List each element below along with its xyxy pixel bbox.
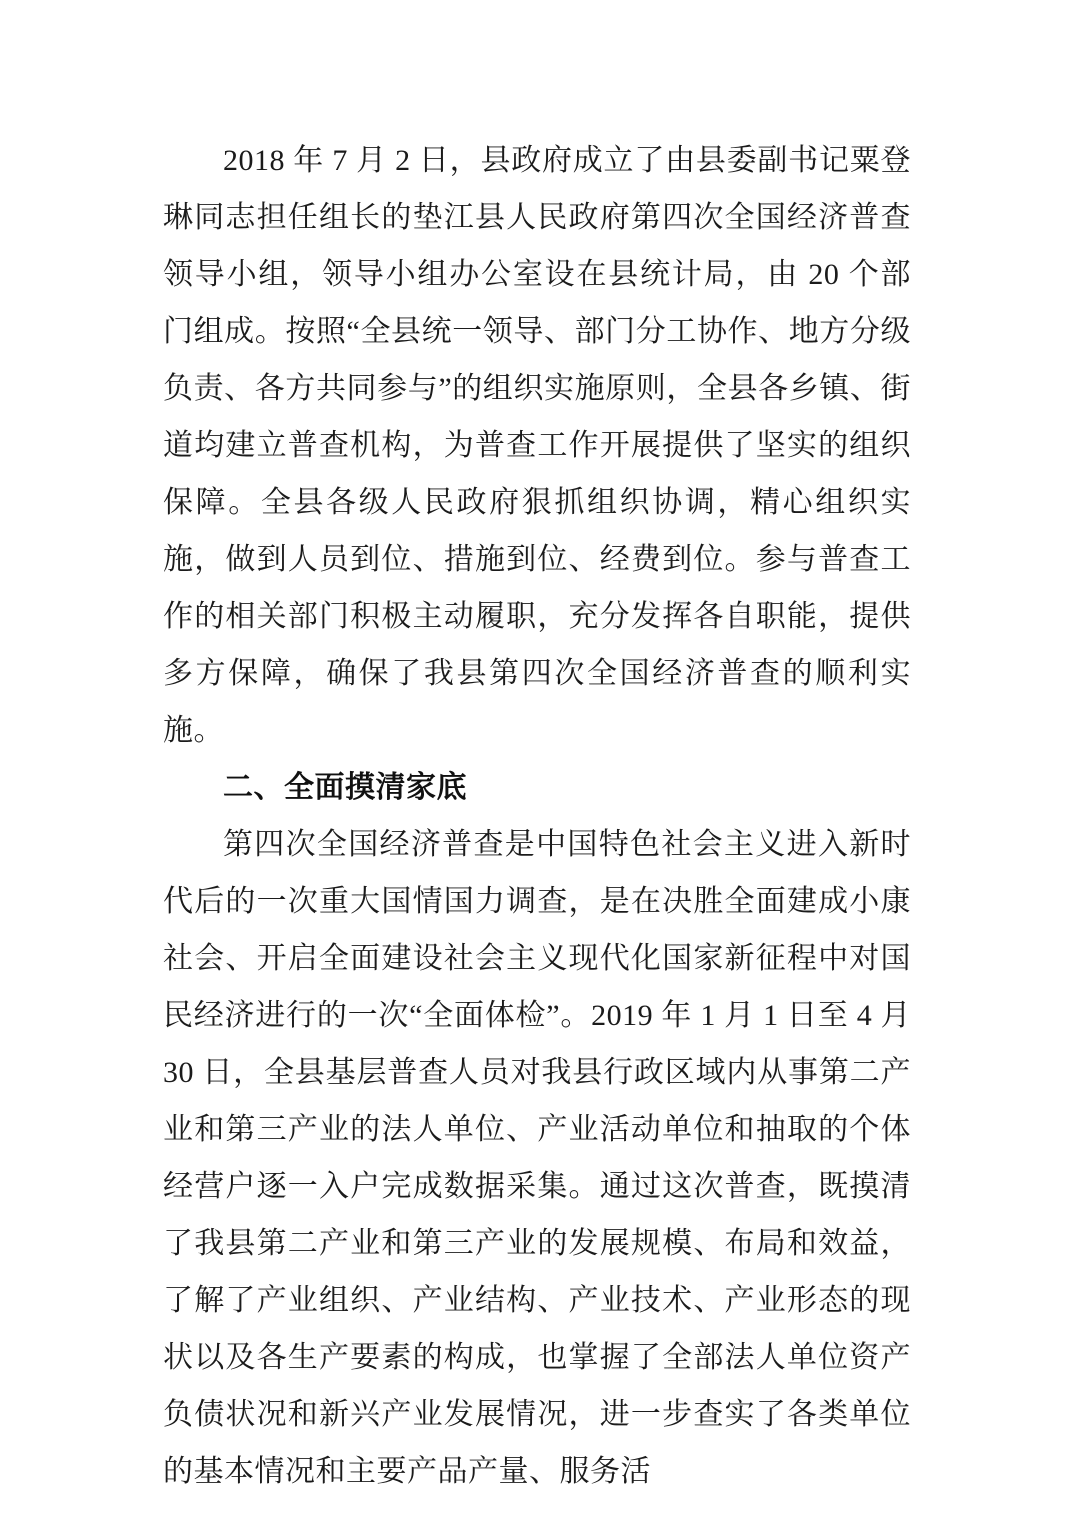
paragraph-census-organization: 2018 年 7 月 2 日，县政府成立了由县委副书记粟登琳同志担任组长的垫江县… (163, 132, 911, 759)
document-page: 2018 年 7 月 2 日，县政府成立了由县委副书记粟登琳同志担任组长的垫江县… (0, 0, 1074, 1520)
section-heading-survey-results: 二、全面摸清家底 (163, 759, 911, 816)
paragraph-census-implementation: 第四次全国经济普查是中国特色社会主义进入新时代后的一次重大国情国力调查，是在决胜… (163, 816, 911, 1500)
